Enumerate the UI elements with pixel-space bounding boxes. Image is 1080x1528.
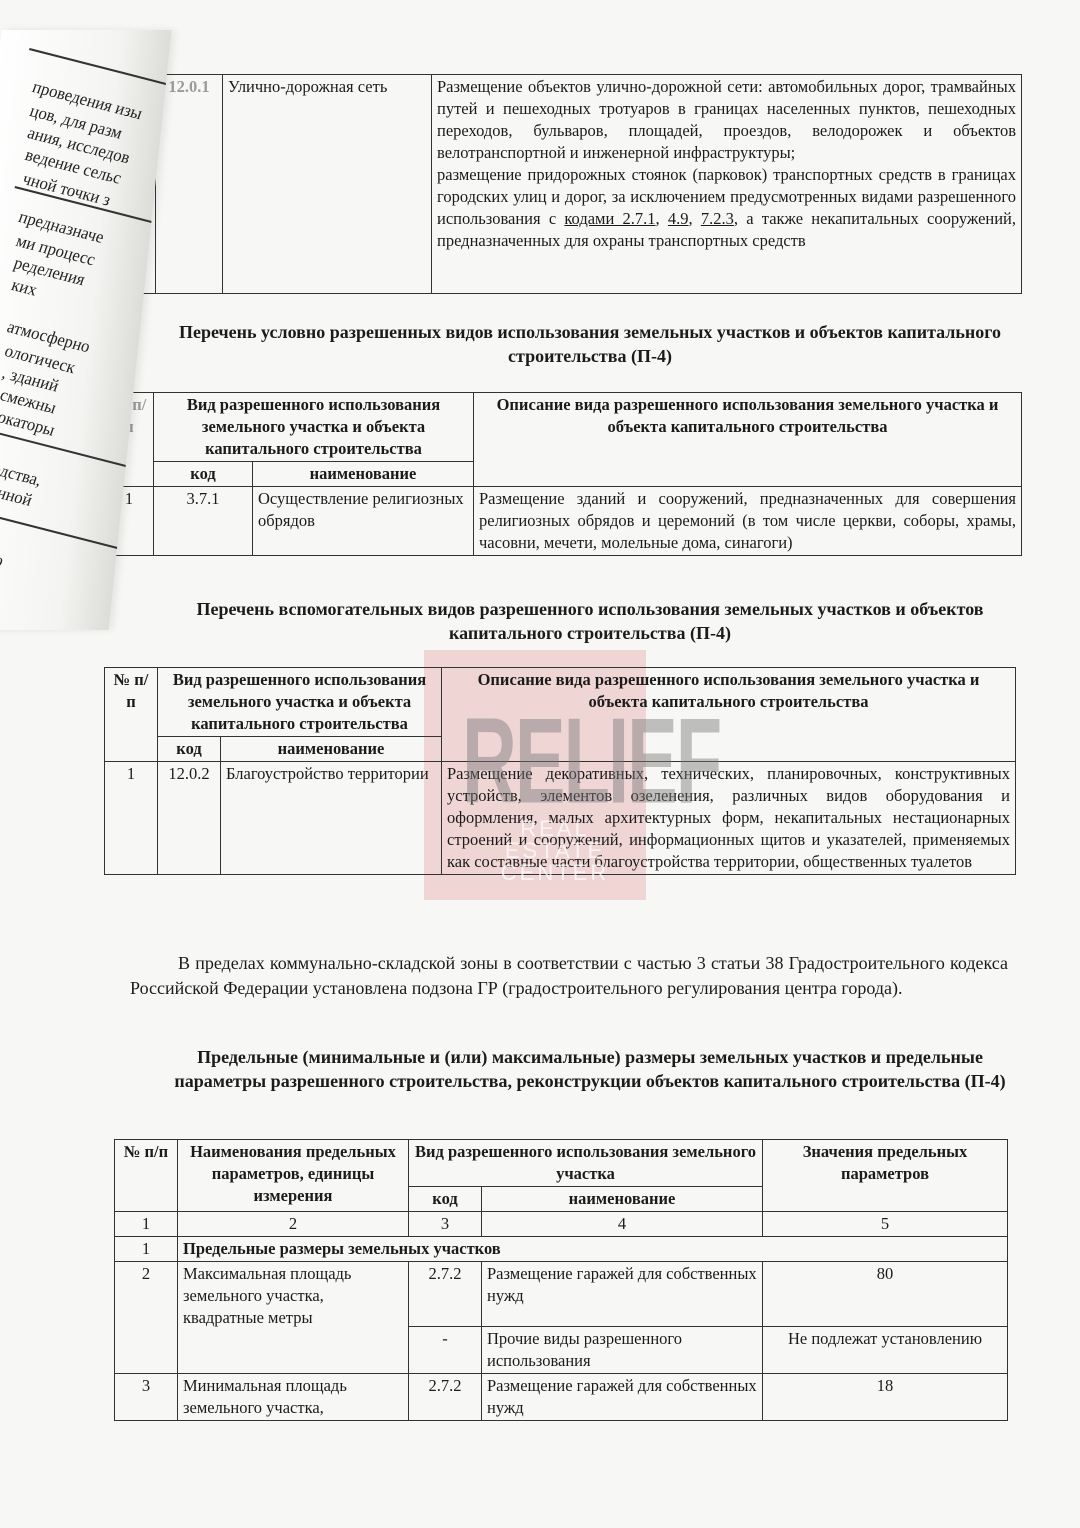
folded-page-rule: [0, 512, 132, 552]
column-numbers-row: 1 2 3 4 5: [115, 1212, 1008, 1237]
document-page: 10 12.0.1 Улично-дорожная сеть Размещени…: [0, 0, 1080, 1528]
header-kind: Вид разрешенного использования земельног…: [154, 393, 474, 462]
header-code: код: [154, 462, 253, 487]
header-name: наименование: [221, 737, 442, 762]
link-code-271[interactable]: кодами 2.7.1: [564, 209, 655, 228]
header-name: наименование: [253, 462, 474, 487]
table-conditional-uses: № п/п Вид разрешенного использования зем…: [104, 392, 1022, 556]
folded-page-text: ких: [8, 274, 40, 302]
row-code: 12.0.1: [156, 75, 223, 294]
group-row: 1 Предельные размеры земельных участков: [115, 1237, 1008, 1262]
header-desc: Описание вида разрешенного использования…: [474, 393, 1022, 487]
row-name: Улично-дорожная сеть: [223, 75, 432, 294]
table-row: 1 3.7.1 Осуществление религиозных обрядо…: [105, 487, 1022, 556]
link-code-49[interactable]: 4.9: [668, 209, 689, 228]
folded-page-text: ью: [0, 546, 7, 572]
header-param: Наименования предельных параметров, един…: [178, 1140, 409, 1212]
table-row: 10 12.0.1 Улично-дорожная сеть Размещени…: [119, 75, 1022, 294]
table-row: 2 Максимальная площадь земельного участк…: [115, 1262, 1008, 1327]
header-desc: Описание вида разрешенного использования…: [442, 668, 1016, 762]
zone-paragraph: В пределах коммунально-складской зоны в …: [130, 951, 1008, 1001]
table-main-uses-continuation: 10 12.0.1 Улично-дорожная сеть Размещени…: [118, 74, 1022, 294]
link-code-723[interactable]: 7.2.3: [701, 209, 734, 228]
header-name: наименование: [482, 1187, 763, 1212]
table-row: 3 Минимальная площадь земельного участка…: [115, 1374, 1008, 1421]
header-num: № п/п: [105, 668, 158, 762]
table-auxiliary-uses: № п/п Вид разрешенного использования зем…: [104, 667, 1016, 875]
header-num: № п/п: [115, 1140, 178, 1212]
header-kind: Вид разрешенного использования земельног…: [158, 668, 442, 737]
section-title-limit-parameters: Предельные (минимальные и (или) максимал…: [150, 1045, 1030, 1093]
table-row: 1 12.0.2 Благоустройство территории Разм…: [105, 762, 1016, 875]
table-limit-parameters: № п/п Наименования предельных параметров…: [114, 1139, 1008, 1421]
header-code: код: [409, 1187, 482, 1212]
row-description: Размещение объектов улично-дорожной сети…: [432, 75, 1022, 294]
section-title-conditional-uses: Перечень условно разрешенных видов испол…: [150, 320, 1030, 368]
header-code: код: [158, 737, 221, 762]
header-value: Значения предельных параметров: [763, 1140, 1008, 1212]
section-title-auxiliary-uses: Перечень вспомогательных видов разрешенн…: [150, 597, 1030, 645]
header-kind: Вид разрешенного использования земельног…: [409, 1140, 763, 1187]
